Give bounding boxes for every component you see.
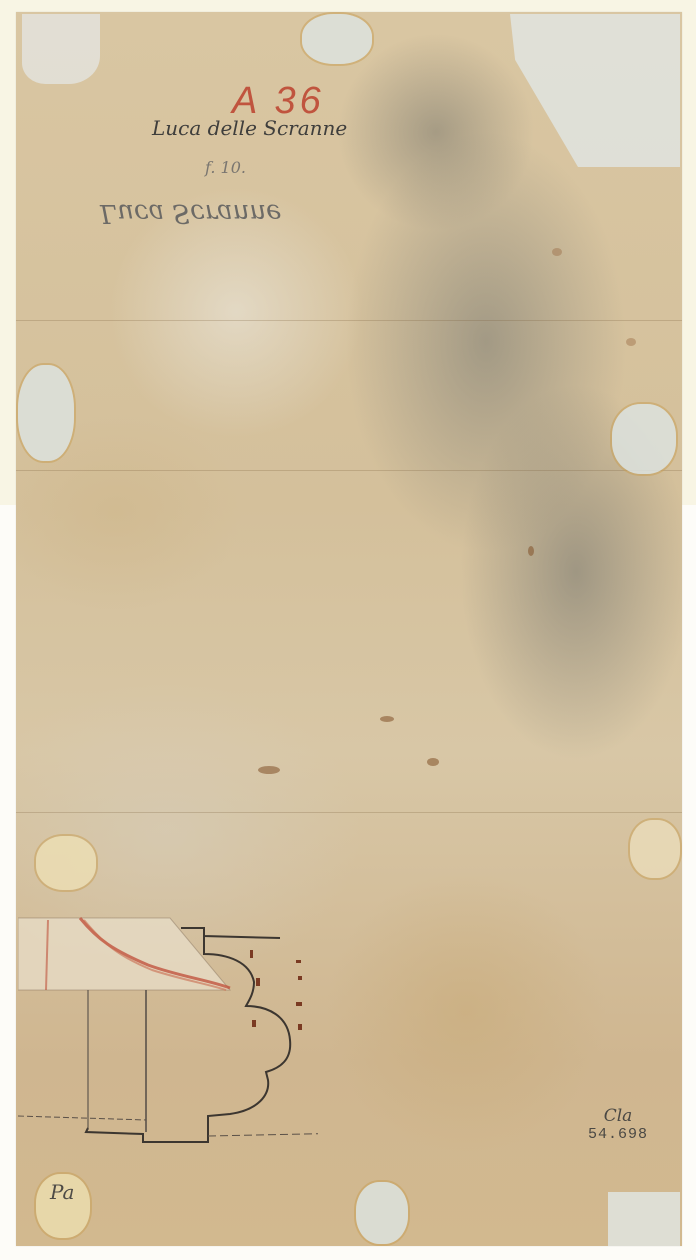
hinge-left — [18, 365, 74, 461]
stain-spot — [380, 716, 394, 722]
molding-profile-sketch — [18, 910, 318, 1150]
stain-spot — [552, 248, 562, 256]
architectural-profile-drawing — [18, 910, 318, 1154]
hinge-right — [612, 404, 676, 474]
stain-spot — [258, 766, 280, 774]
attribution-inscription: Luca delle Scranne — [152, 116, 347, 140]
accession-mark: Cla 54.698 — [588, 1106, 648, 1143]
fold-line — [16, 812, 682, 813]
fold-line — [16, 320, 682, 321]
mirrored-offset-inscription: Luca Scranne — [100, 198, 282, 228]
corner-inscription: Pa — [50, 1180, 74, 1204]
accession-initials: Cla — [588, 1106, 648, 1126]
stain-spot — [528, 546, 534, 556]
fold-line — [16, 470, 682, 471]
accession-number: 54.698 — [588, 1126, 648, 1143]
hinge-top-center — [302, 14, 372, 64]
hinge-bottom-center — [356, 1182, 408, 1244]
hinge-right-lower — [630, 820, 680, 878]
stain-spot — [626, 338, 636, 346]
folio-inscription: f. 10. — [205, 158, 246, 177]
stain-spot — [427, 758, 439, 766]
tissue-repair-bottom-right — [608, 1192, 680, 1246]
hinge-left-lower — [36, 836, 96, 890]
tissue-repair-top-left — [22, 14, 100, 84]
